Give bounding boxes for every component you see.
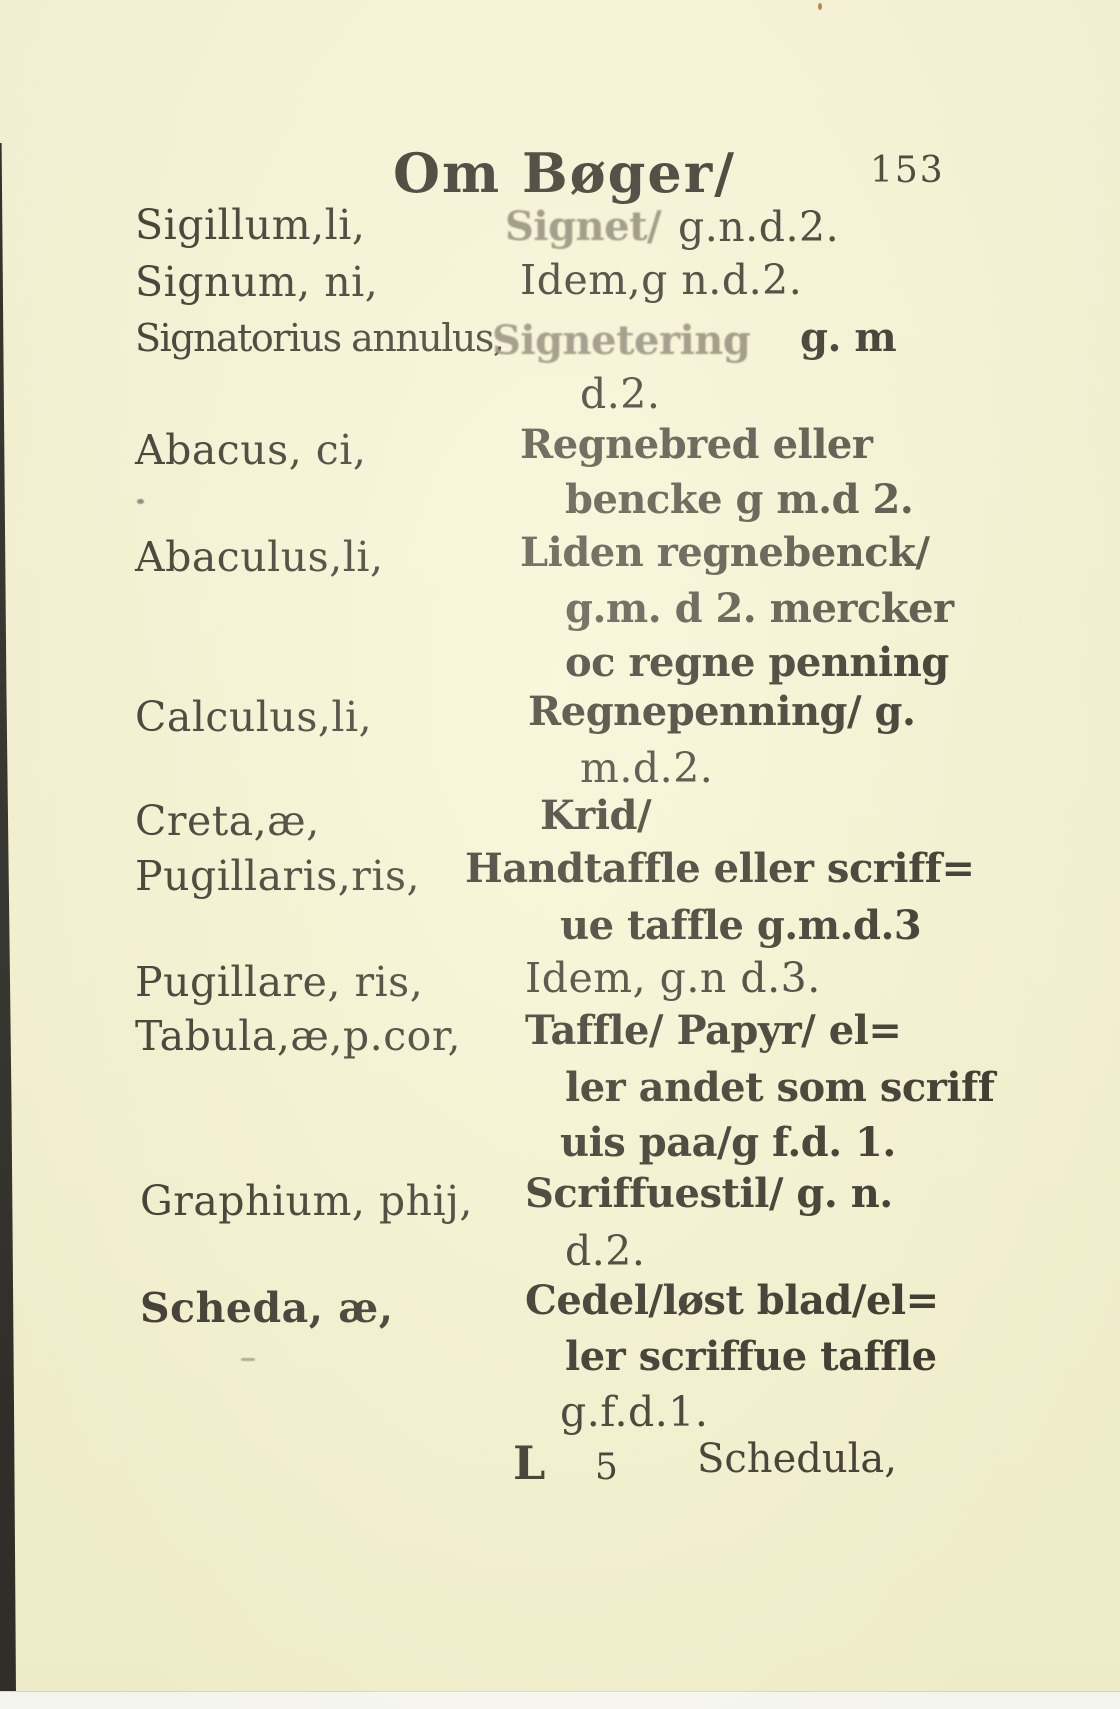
signature-number: 5 — [595, 1450, 618, 1486]
signature-letter: L — [513, 1440, 545, 1486]
entry-def-line: g. m — [800, 318, 896, 358]
entry-def-line: Cedel/løst blad/el= — [525, 1281, 939, 1321]
entry-def-line: bencke g m.d 2. — [565, 480, 913, 520]
entry-lemma: Signatorius annulus, — [135, 319, 503, 357]
entry-def-line: Signet/ — [505, 207, 661, 247]
paper-speck — [241, 1358, 255, 1361]
entry-def-line: ler scriffue taffle — [565, 1337, 937, 1377]
entry-def-line: ler andet som scriff — [565, 1068, 994, 1108]
entry-def-line: d.2. — [580, 374, 660, 415]
entry-def-line: d.2. — [565, 1231, 645, 1272]
entry-lemma: Graphium, phij, — [140, 1181, 473, 1222]
scan-edge-left-strip — [0, 143, 16, 1695]
entry-lemma: Pugillare, ris, — [135, 962, 423, 1003]
entry-lemma: Creta,æ, — [135, 801, 320, 842]
entry-lemma: Scheda, æ, — [140, 1288, 394, 1329]
entry-lemma: Calculus,li, — [135, 697, 372, 738]
entry-lemma: Abaculus,li, — [135, 537, 384, 578]
entry-def-line: Scriffuestil/ g. n. — [525, 1174, 893, 1214]
entry-def-line: Idem, g.n d.3. — [525, 958, 821, 999]
entry-def-line: uis paa/g f.d. 1. — [560, 1123, 896, 1163]
entry-def-line: m.d.2. — [580, 748, 713, 789]
entry-def-line: Liden regnebenck/ — [520, 533, 929, 573]
entry-def-line: Taffle/ Papyr/ el= — [525, 1011, 901, 1051]
paper-speck — [137, 499, 144, 504]
entry-def-line: g.n.d.2. — [678, 207, 839, 248]
catchword: Schedula, — [697, 1439, 897, 1479]
entry-def-line: Signetering — [492, 321, 750, 361]
scan-edge-bottom-strip — [0, 1691, 1120, 1709]
entry-def-line: Regnebred eller — [520, 425, 872, 465]
entry-lemma: Tabula,æ,p.cor, — [135, 1016, 461, 1057]
entry-lemma: Sigillum,li, — [135, 205, 365, 246]
paper-speck — [818, 3, 822, 10]
running-header: Om Bøger/ — [393, 146, 736, 200]
entry-def-line: Idem,g n.d.2. — [520, 260, 802, 301]
entry-def-line: g.m. d 2. mercker — [565, 589, 954, 629]
page-number: 153 — [870, 153, 945, 189]
entry-def-line: g.f.d.1. — [560, 1392, 708, 1433]
scanned-book-page: Om Bøger/ 153 Sigillum,li, Signet/ g.n.d… — [0, 0, 1120, 1709]
entry-def-line: oc regne penning — [565, 643, 949, 683]
entry-lemma: Pugillaris,ris, — [135, 856, 420, 897]
entry-def-line: ue taffle g.m.d.3 — [560, 906, 921, 946]
entry-def-line: Regnepenning/ g. — [528, 692, 915, 732]
entry-def-line: Krid/ — [540, 796, 651, 836]
entry-lemma: Signum, ni, — [135, 262, 378, 303]
entry-def-line: Handtaffle eller scriff= — [465, 849, 975, 889]
entry-lemma: Abacus, ci, — [135, 430, 366, 471]
